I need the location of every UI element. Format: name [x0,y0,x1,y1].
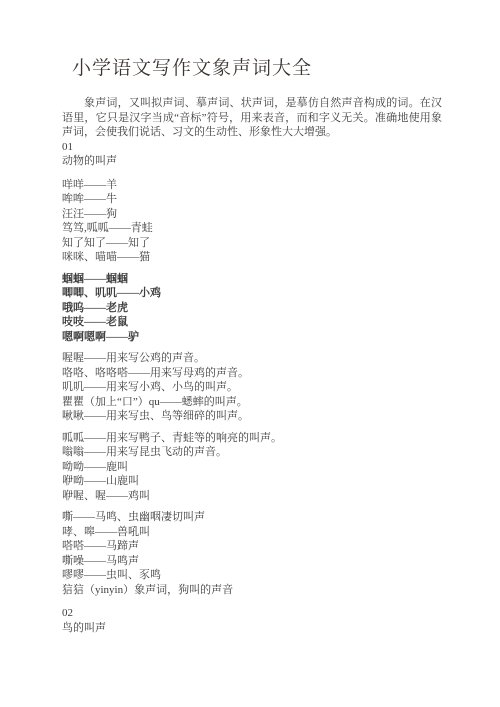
list-item: 嘐嘐——虫叫、豕鸣 [62,568,442,583]
list-item: 汪汪——狗 [62,207,442,222]
animal-sounds-group-5: 嘶——马鸣、虫幽咽凄切叫声 哮、嗥——兽吼叫 嗒嗒——马蹄声 嘶噪——马鸣声 嘐… [62,510,442,597]
list-item: 吱吱——老鼠 [62,315,442,330]
list-item: 哮、嗥——兽吼叫 [62,525,442,540]
list-item: 咯咯、咯咯嗒——用来写母鸡的声音。 [62,366,442,381]
list-item: 叽叽——用来写小鸡、小鸟的叫声。 [62,380,442,395]
animal-sounds-group-2: 蝈蝈——蝈蝈 唧唧、叽叽——小鸡 哦呜——老虎 吱吱——老鼠 嗯啊嗯啊——驴 [62,272,442,345]
list-item: 呱呱——用来写鸭子、青蛙等的响亮的叫声。 [62,431,442,446]
section-2: 02 鸟的叫声 [62,606,442,635]
list-item: 嘶——马鸣、虫幽咽凄切叫声 [62,510,442,525]
list-item: 哞哞——牛 [62,192,442,207]
list-item: 呦呦——鹿叫 [62,460,442,475]
list-item: 喔喔——用来写公鸡的声音。 [62,351,442,366]
animal-sounds-group-1: 咩咩——羊 哞哞——牛 汪汪——狗 笃笃,呱呱——青蛙 知了知了——知了 咪咪、… [62,178,442,265]
list-item: 唧唧、叽叽——小鸡 [62,286,442,301]
document-page: 小学语文写作文象声词大全 象声词，又叫拟声词、摹声词、状声词，是摹仿自然声音构成… [0,0,500,707]
section-2-number: 02 [62,606,442,621]
list-item: 哦呜——老虎 [62,301,442,316]
list-item: 狺狺（yinyin）象声词，狗叫的声音 [62,583,442,598]
section-2-heading: 鸟的叫声 [62,621,442,636]
section-1-heading: 动物的叫声 [62,154,442,169]
list-item: 咿喔、喔——鸡叫 [62,489,442,504]
list-item: 嗡嗡——用来写昆虫飞动的声音。 [62,445,442,460]
list-item: 笃笃,呱呱——青蛙 [62,221,442,236]
animal-sounds-group-4: 呱呱——用来写鸭子、青蛙等的响亮的叫声。 嗡嗡——用来写昆虫飞动的声音。 呦呦—… [62,431,442,504]
list-item: 嗯啊嗯啊——驴 [62,330,442,345]
section-1-number: 01 [62,140,442,155]
intro-paragraph: 象声词，又叫拟声词、摹声词、状声词，是摹仿自然声音构成的词。在汉语里，它只是汉字… [62,96,442,140]
list-item: 咿呦——山鹿叫 [62,474,442,489]
list-item: 蝈蝈——蝈蝈 [62,272,442,287]
list-item: 嗒嗒——马蹄声 [62,539,442,554]
list-item: 瞿瞿（加上“口”）qu——蟋蟀的叫声。 [62,395,442,410]
page-title: 小学语文写作文象声词大全 [72,58,442,80]
list-item: 咩咩——羊 [62,178,442,193]
list-item: 啾啾——用来写虫、鸟等细碎的叫声。 [62,409,442,424]
list-item: 知了知了——知了 [62,236,442,251]
animal-sounds-group-3: 喔喔——用来写公鸡的声音。 咯咯、咯咯嗒——用来写母鸡的声音。 叽叽——用来写小… [62,351,442,424]
list-item: 咪咪、喵喵——猫 [62,250,442,265]
list-item: 嘶噪——马鸣声 [62,554,442,569]
